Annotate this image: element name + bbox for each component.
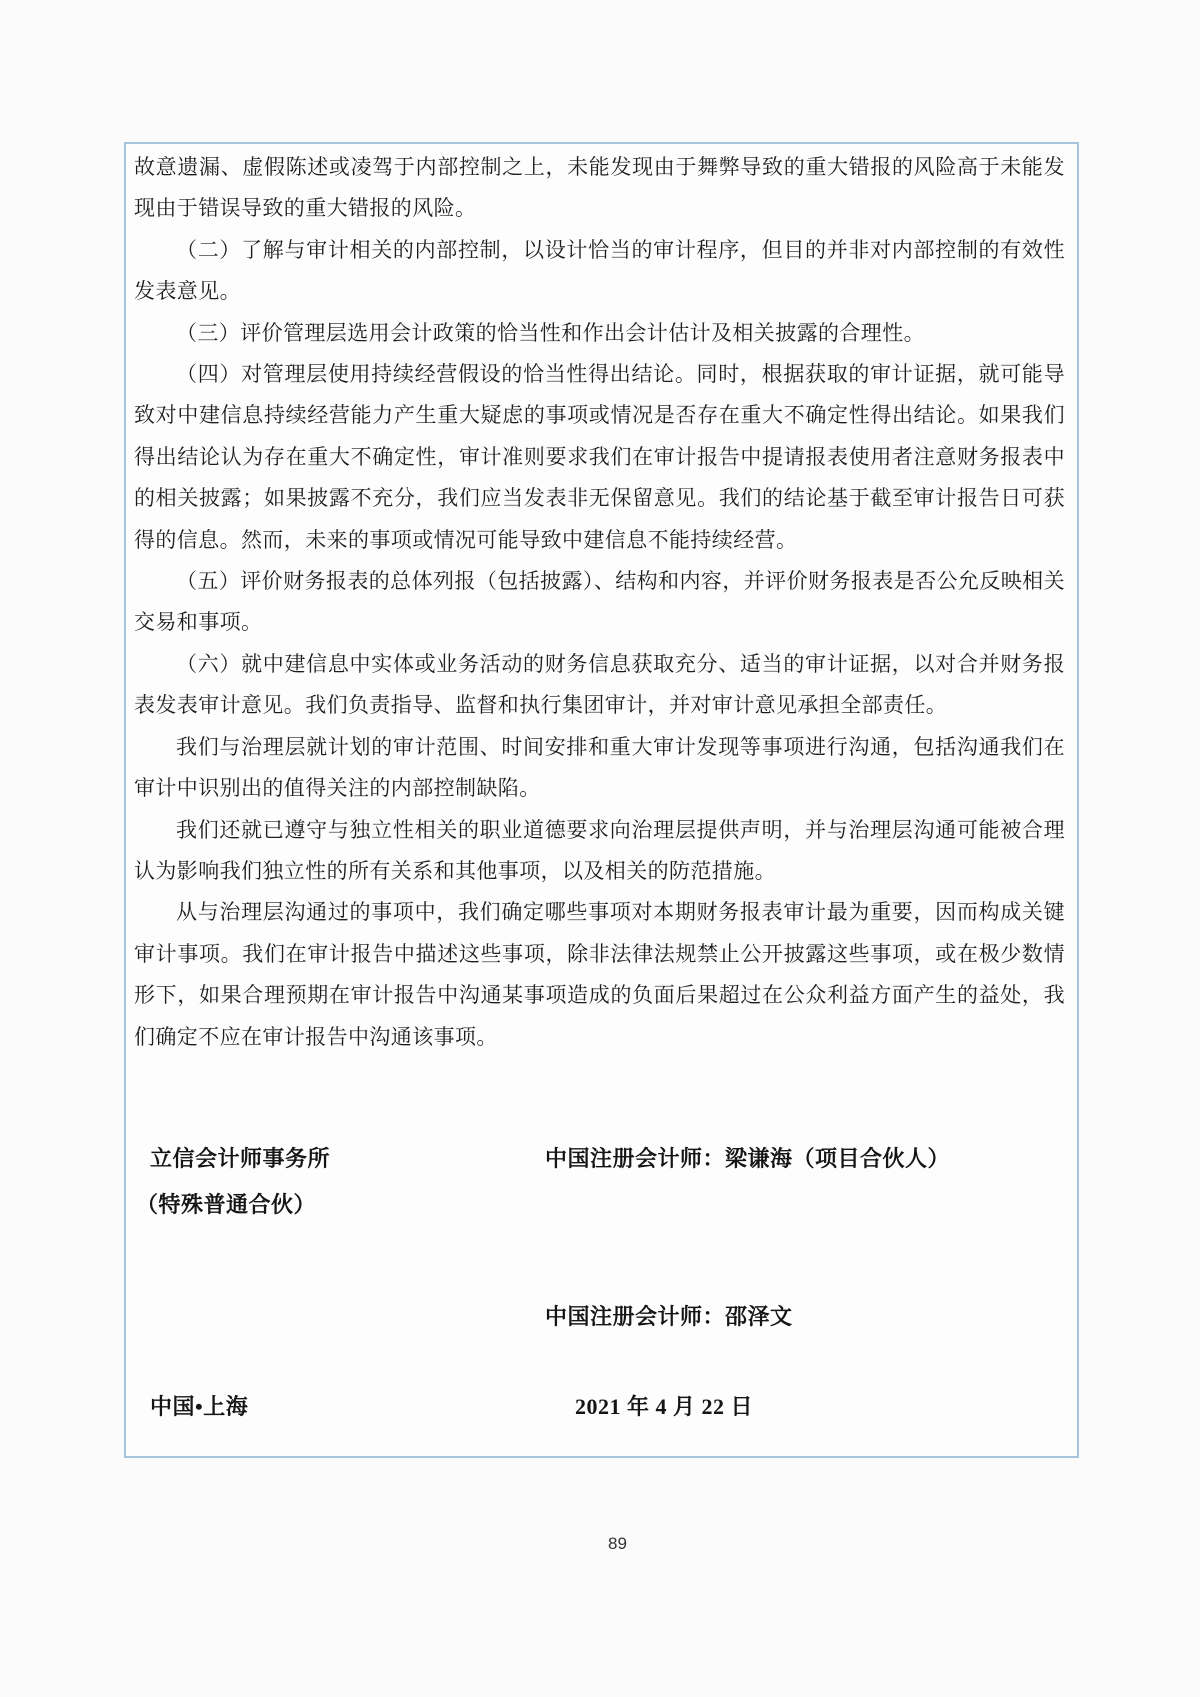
signature-date: 2021 年 4 月 22 日 — [575, 1390, 753, 1421]
signature-cpa-1: 中国注册会计师：梁谦海（项目合伙人） — [545, 1142, 950, 1173]
body-paragraph: （五）评价财务报表的总体列报（包括披露）、结构和内容，并评价财务报表是否公允反映… — [134, 561, 1065, 644]
body-paragraph: （四）对管理层使用持续经营假设的恰当性得出结论。同时，根据获取的审计证据，就可能… — [134, 354, 1065, 561]
bordered-text-box: 故意遗漏、虚假陈述或凌驾于内部控制之上，未能发现由于舞弊导致的重大错报的风险高于… — [124, 142, 1079, 1458]
body-paragraph: 从与治理层沟通过的事项中，我们确定哪些事项对本期财务报表审计最为重要，因而构成关… — [134, 892, 1065, 1058]
body-paragraph: 故意遗漏、虚假陈述或凌驾于内部控制之上，未能发现由于舞弊导致的重大错报的风险高于… — [134, 147, 1065, 230]
signature-firm-name: 立信会计师事务所 — [150, 1142, 330, 1173]
body-paragraph: 我们还就已遵守与独立性相关的职业道德要求向治理层提供声明，并与治理层沟通可能被合… — [134, 810, 1065, 893]
signature-location: 中国•上海 — [150, 1390, 248, 1421]
body-paragraph: （三）评价管理层选用会计政策的恰当性和作出会计估计及相关披露的合理性。 — [134, 313, 1065, 354]
page-number: 89 — [608, 1534, 627, 1554]
body-paragraph: （二）了解与审计相关的内部控制，以设计恰当的审计程序，但目的并非对内部控制的有效… — [134, 230, 1065, 313]
signature-firm-type: （特殊普通合伙） — [136, 1188, 316, 1219]
signature-cpa-2: 中国注册会计师：邵泽文 — [545, 1300, 793, 1331]
body-paragraph: （六）就中建信息中实体或业务活动的财务信息获取充分、适当的审计证据，以对合并财务… — [134, 644, 1065, 727]
body-paragraph: 我们与治理层就计划的审计范围、时间安排和重大审计发现等事项进行沟通，包括沟通我们… — [134, 727, 1065, 810]
document-page: { "page": { "background_color": "#fbfbfb… — [0, 0, 1200, 1697]
